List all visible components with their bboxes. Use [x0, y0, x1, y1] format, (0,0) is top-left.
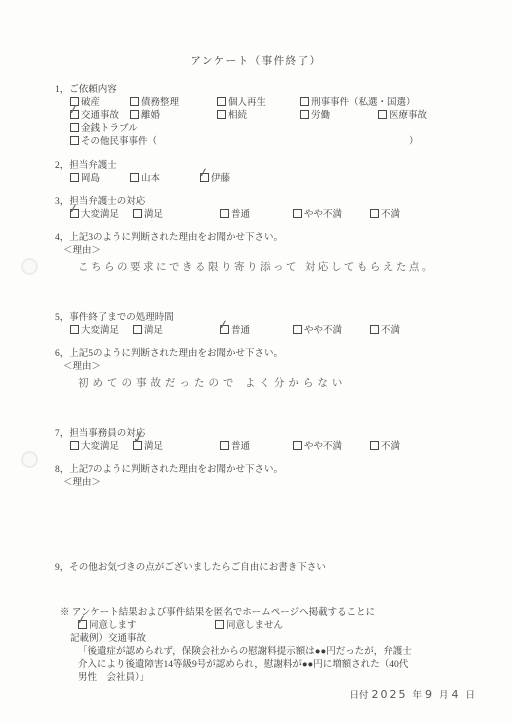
checkbox-label: 離婚	[141, 111, 160, 121]
checkbox-icon	[133, 441, 142, 450]
checkbox-saimu-seiri: 債務整理	[130, 97, 217, 110]
checkbox-label: 伊藤	[211, 174, 230, 184]
checkbox-iryo-jiko: 医療事故	[378, 110, 427, 123]
checkbox-icon	[220, 209, 229, 218]
handwritten-year: 2025	[371, 688, 407, 701]
checkbox-manzoku: 満足	[133, 209, 220, 222]
checkbox-manzoku: 満足	[133, 325, 220, 338]
handwritten-day: 4	[451, 688, 460, 701]
checkbox-hasan: 破産	[70, 97, 130, 110]
question-3-heading: 3，担当弁護士の対応	[0, 196, 512, 209]
question-3: 3，担当弁護士の対応 ✓大変満足満足普通やや不満不満	[0, 196, 512, 222]
checkbox-label: 医療事故	[389, 111, 427, 121]
checkbox-label: 刑事事件（私選・国選）	[311, 98, 416, 108]
reason-label: ＜理由＞	[0, 245, 512, 258]
month-suffix: 月	[439, 691, 449, 701]
checkbox-label: 満足	[144, 210, 163, 220]
checkbox-rikon: 離婚	[130, 110, 217, 123]
question-1: 1，ご依頼内容 破産債務整理個人再生刑事事件（私選・国選） ✓交通事故離婚相続労…	[0, 84, 512, 149]
checkbox-label: 労働	[311, 111, 330, 121]
checkbox-rodo: 労働	[300, 110, 378, 123]
handwritten-month: 9	[425, 688, 434, 701]
question-1-row-3: 金銭トラブル	[0, 123, 512, 136]
checkbox-label: 岡島	[81, 174, 100, 184]
checkbox-icon	[370, 209, 379, 218]
checkbox-icon	[300, 97, 309, 106]
question-7: 7，担当事務員の対応 大変満足✓満足普通やや不満不満	[0, 428, 512, 454]
question-9-heading: 9，その他お気づきの点がございましたらご自由にお書き下さい	[0, 562, 512, 575]
checkbox-icon	[130, 97, 139, 106]
checkbox-label: 債務整理	[141, 98, 179, 108]
question-1-row-4: その他民事事件（）	[0, 136, 512, 149]
checkbox-label: その他民事事件（	[81, 137, 157, 147]
checkbox-yamamoto: 山本	[130, 173, 200, 186]
checkbox-label: 同意します	[89, 621, 137, 631]
checkbox-agree: ✓同意します	[78, 620, 215, 633]
handwritten-answer: こちらの要求にできる限り寄り添って 対応してもらえた点。	[78, 261, 435, 273]
checkbox-label: 大変満足	[81, 210, 119, 220]
checkbox-label: やや不満	[304, 442, 342, 452]
question-1-row-2: ✓交通事故離婚相続労働医療事故	[0, 110, 512, 123]
checkbox-label: 不満	[381, 326, 400, 336]
checkbox-label: 不満	[381, 442, 400, 452]
checkbox-icon	[220, 325, 229, 334]
question-2-options: 岡島山本✓伊藤	[0, 173, 512, 186]
checkbox-label: 不満	[381, 210, 400, 220]
checkbox-keiji-jiken: 刑事事件（私選・国選）	[300, 97, 416, 110]
question-5: 5，事件終了までの処理時間 大変満足満足✓普通やや不満不満	[0, 312, 512, 338]
checkbox-kotsu-jiko: ✓交通事故	[70, 110, 130, 123]
question-2: 2，担当弁護士 岡島山本✓伊藤	[0, 160, 512, 186]
question-1-row-1: 破産債務整理個人再生刑事事件（私選・国選）	[0, 97, 512, 110]
checkbox-taihen-manzoku: ✓大変満足	[70, 209, 133, 222]
checkbox-label: 満足	[144, 442, 163, 452]
checkbox-icon	[200, 173, 209, 182]
question-3-options: ✓大変満足満足普通やや不満不満	[0, 209, 512, 222]
question-4: 4，上記3のように判断された理由をお聞かせ下さい。 ＜理由＞ こちらの要求にでき…	[0, 232, 512, 277]
close-paren: ）	[409, 136, 419, 149]
checkbox-yaya-fuman: やや不満	[293, 441, 370, 454]
checkbox-icon	[70, 123, 79, 132]
checkbox-icon	[70, 441, 79, 450]
checkbox-label: 山本	[141, 174, 160, 184]
checkbox-label: 同意しません	[226, 621, 283, 631]
checkbox-kinsen-trouble: 金銭トラブル	[70, 123, 138, 136]
checkbox-label: 大変満足	[81, 326, 119, 336]
checkbox-label: 普通	[231, 442, 250, 452]
reason-label: ＜理由＞	[0, 477, 512, 490]
checkbox-icon	[378, 110, 387, 119]
checkbox-label: 満足	[144, 326, 163, 336]
checkbox-icon	[70, 209, 79, 218]
checkbox-label: 個人再生	[228, 98, 266, 108]
checkbox-sozoku: 相続	[217, 110, 300, 123]
question-6: 6，上記5のように判断された理由をお聞かせ下さい。 ＜理由＞ 初めての事故だった…	[0, 348, 512, 393]
checkbox-icon	[70, 136, 79, 145]
checkbox-icon	[300, 110, 309, 119]
question-5-options: 大変満足満足✓普通やや不満不満	[0, 325, 512, 338]
checkbox-icon	[215, 620, 224, 629]
consent-options: ✓同意します同意しません	[0, 620, 512, 633]
checkbox-label: 普通	[231, 210, 250, 220]
handwritten-answer: 初めての事故だったので よく分からない	[78, 377, 346, 389]
checkbox-fuman: 不満	[370, 209, 400, 222]
checkbox-icon	[78, 620, 87, 629]
consent-note: ※ アンケート結果および事件結果を匿名でホームページへ掲載することに	[0, 607, 512, 620]
document-title: アンケート（事件終了）	[0, 55, 512, 68]
checkbox-label: 大変満足	[81, 442, 119, 452]
question-6-answer: 初めての事故だったので よく分からない	[0, 377, 512, 393]
checkbox-disagree: 同意しません	[215, 620, 283, 633]
example-line-2: 介入により後遺障害14等級9号が認められ，慰謝料が●●円に増額された（40代	[0, 659, 512, 672]
date-label: 日付	[349, 691, 368, 701]
checkbox-futsu: 普通	[220, 209, 293, 222]
question-4-answer: こちらの要求にできる限り寄り添って 対応してもらえた点。	[0, 261, 512, 277]
checkbox-icon	[220, 441, 229, 450]
checkbox-fuman: 不満	[370, 441, 400, 454]
checkbox-yaya-fuman: やや不満	[293, 209, 370, 222]
day-suffix: 日	[465, 691, 475, 701]
checkbox-icon	[370, 325, 379, 334]
checkbox-icon	[217, 97, 226, 106]
question-2-heading: 2，担当弁護士	[0, 160, 512, 173]
checkbox-icon	[70, 173, 79, 182]
question-1-heading: 1，ご依頼内容	[0, 84, 512, 97]
consent-section: ※ アンケート結果および事件結果を匿名でホームページへ掲載することに ✓同意しま…	[0, 607, 512, 703]
checkbox-kojin-saisei: 個人再生	[217, 97, 300, 110]
checkbox-yaya-fuman: やや不満	[293, 325, 370, 338]
checkbox-label: 普通	[231, 326, 250, 336]
year-suffix: 年	[412, 691, 422, 701]
checkbox-manzoku: ✓満足	[133, 441, 220, 454]
checkbox-icon	[70, 97, 79, 106]
question-8-answer	[0, 493, 512, 509]
example-label: 記載例）交通事故	[0, 633, 512, 646]
checkbox-futsu: ✓普通	[220, 325, 293, 338]
checkbox-fuman: 不満	[370, 325, 400, 338]
question-6-heading: 6，上記5のように判断された理由をお聞かせ下さい。	[0, 348, 512, 361]
question-4-heading: 4，上記3のように判断された理由をお聞かせ下さい。	[0, 232, 512, 245]
checkbox-icon	[217, 110, 226, 119]
checkbox-icon	[130, 173, 139, 182]
checkbox-icon	[293, 325, 302, 334]
checkbox-icon	[293, 441, 302, 450]
checkbox-taihen-manzoku: 大変満足	[70, 441, 133, 454]
hole-punch-icon	[21, 258, 38, 275]
example-line-1: 「後遺症が認められず，保険会社からの慰謝料提示額は●●円だったが，弁護士	[0, 646, 512, 659]
checkbox-label: やや不満	[304, 210, 342, 220]
hole-punch-icon	[21, 451, 38, 468]
checkbox-icon	[130, 110, 139, 119]
date-line: 日付2025年9月4日	[0, 688, 512, 703]
question-8-heading: 8，上記7のように判断された理由をお聞かせ下さい。	[0, 464, 512, 477]
checkbox-icon	[70, 110, 79, 119]
question-9: 9，その他お気づきの点がございましたらご自由にお書き下さい	[0, 562, 512, 575]
checkbox-icon	[293, 209, 302, 218]
checkbox-icon	[133, 325, 142, 334]
checkbox-label: 破産	[81, 98, 100, 108]
checkbox-label: 相続	[228, 111, 247, 121]
checkbox-okajima: 岡島	[70, 173, 130, 186]
checkbox-sonota-minji: その他民事事件（	[70, 136, 157, 149]
questionnaire-document: アンケート（事件終了） 1，ご依頼内容 破産債務整理個人再生刑事事件（私選・国選…	[0, 0, 512, 724]
checkbox-icon	[70, 325, 79, 334]
checkbox-futsu: 普通	[220, 441, 293, 454]
question-7-options: 大変満足✓満足普通やや不満不満	[0, 441, 512, 454]
reason-label: ＜理由＞	[0, 361, 512, 374]
example-line-3: 男性 会社員）」	[0, 672, 512, 685]
checkbox-label: 交通事故	[81, 111, 119, 121]
question-5-heading: 5，事件終了までの処理時間	[0, 312, 512, 325]
checkbox-ito: ✓伊藤	[200, 173, 230, 186]
checkbox-label: 金銭トラブル	[81, 124, 138, 134]
question-8: 8，上記7のように判断された理由をお聞かせ下さい。 ＜理由＞	[0, 464, 512, 509]
question-7-heading: 7，担当事務員の対応	[0, 428, 512, 441]
checkbox-label: やや不満	[304, 326, 342, 336]
checkbox-icon	[370, 441, 379, 450]
checkbox-icon	[133, 209, 142, 218]
checkbox-taihen-manzoku: 大変満足	[70, 325, 133, 338]
